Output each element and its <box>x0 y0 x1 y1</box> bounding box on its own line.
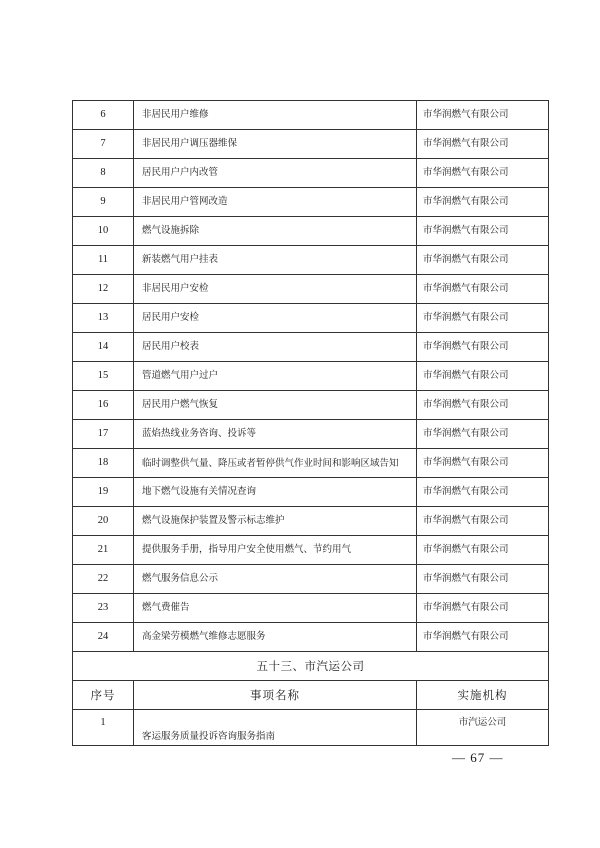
item-name: 居民用户安检 <box>134 304 417 333</box>
row-number: 8 <box>73 159 134 188</box>
header-item-name: 事项名称 <box>134 681 417 710</box>
row-number: 11 <box>73 246 134 275</box>
row-number: 15 <box>73 362 134 391</box>
table-row: 23燃气费催告市华润燃气有限公司 <box>73 594 549 623</box>
item-name: 非居民用户调压器维保 <box>134 130 417 159</box>
org-name: 市华润燃气有限公司 <box>417 623 549 652</box>
table-row: 6非居民用户维修市华润燃气有限公司 <box>73 101 549 130</box>
row-number: 22 <box>73 565 134 594</box>
org-name: 市华润燃气有限公司 <box>417 420 549 449</box>
page-number: — 67 — <box>452 750 504 766</box>
table-row: 11新装燃气用户挂表市华润燃气有限公司 <box>73 246 549 275</box>
org-name: 市华润燃气有限公司 <box>417 478 549 507</box>
item-name: 新装燃气用户挂表 <box>134 246 417 275</box>
table-row: 15管道燃气用户过户市华润燃气有限公司 <box>73 362 549 391</box>
table-row: 24高金梁劳模燃气维修志愿服务市华润燃气有限公司 <box>73 623 549 652</box>
row-number: 7 <box>73 130 134 159</box>
item-name: 燃气设施拆除 <box>134 217 417 246</box>
section-title: 五十三、市汽运公司 <box>73 652 549 681</box>
table-row: 19地下燃气设施有关情况查询市华润燃气有限公司 <box>73 478 549 507</box>
table-row: 20燃气设施保护装置及警示标志维护市华润燃气有限公司 <box>73 507 549 536</box>
table-row: 9非居民用户管网改造市华润燃气有限公司 <box>73 188 549 217</box>
item-name: 居民用户户内改管 <box>134 159 417 188</box>
item-name: 非居民用户维修 <box>134 101 417 130</box>
row-number: 10 <box>73 217 134 246</box>
table-row: 16居民用户燃气恢复市华润燃气有限公司 <box>73 391 549 420</box>
row-number: 6 <box>73 101 134 130</box>
column-header-row: 序号 事项名称 实施机构 <box>73 681 549 710</box>
org-name: 市华润燃气有限公司 <box>417 565 549 594</box>
row-number: 16 <box>73 391 134 420</box>
item-name: 燃气设施保护装置及警示标志维护 <box>134 507 417 536</box>
table-row: 12非居民用户安检市华润燃气有限公司 <box>73 275 549 304</box>
org-name: 市华润燃气有限公司 <box>417 246 549 275</box>
item-name: 临时调整供气量、降压或者暂停供气作业时间和影响区域告知 <box>134 449 417 478</box>
item-name: 客运服务质量投诉咨询服务指南 <box>134 710 417 746</box>
org-name: 市华润燃气有限公司 <box>417 275 549 304</box>
section-title-row: 五十三、市汽运公司 <box>73 652 549 681</box>
table-row: 14居民用户校表市华润燃气有限公司 <box>73 333 549 362</box>
org-name: 市华润燃气有限公司 <box>417 130 549 159</box>
table-row: 13居民用户安检市华润燃气有限公司 <box>73 304 549 333</box>
item-name: 非居民用户管网改造 <box>134 188 417 217</box>
item-name: 管道燃气用户过户 <box>134 362 417 391</box>
table-row: 7非居民用户调压器维保市华润燃气有限公司 <box>73 130 549 159</box>
org-name: 市华润燃气有限公司 <box>417 188 549 217</box>
services-table: 6非居民用户维修市华润燃气有限公司 7非居民用户调压器维保市华润燃气有限公司 8… <box>72 100 549 746</box>
row-number: 1 <box>73 710 134 746</box>
table-row: 21提供服务手册，指导用户安全使用燃气、节约用气市华润燃气有限公司 <box>73 536 549 565</box>
item-name: 非居民用户安检 <box>134 275 417 304</box>
header-org: 实施机构 <box>417 681 549 710</box>
row-number: 20 <box>73 507 134 536</box>
org-name: 市华润燃气有限公司 <box>417 333 549 362</box>
item-name: 蓝焰热线业务咨询、投诉等 <box>134 420 417 449</box>
org-name: 市华润燃气有限公司 <box>417 101 549 130</box>
row-number: 9 <box>73 188 134 217</box>
row-number: 12 <box>73 275 134 304</box>
row-number: 17 <box>73 420 134 449</box>
header-number: 序号 <box>73 681 134 710</box>
org-name: 市华润燃气有限公司 <box>417 159 549 188</box>
org-name: 市华润燃气有限公司 <box>417 449 549 478</box>
item-name: 居民用户燃气恢复 <box>134 391 417 420</box>
item-name: 提供服务手册，指导用户安全使用燃气、节约用气 <box>134 536 417 565</box>
item-name: 燃气费催告 <box>134 594 417 623</box>
org-name: 市华润燃气有限公司 <box>417 217 549 246</box>
row-number: 14 <box>73 333 134 362</box>
table-row: 17蓝焰热线业务咨询、投诉等市华润燃气有限公司 <box>73 420 549 449</box>
row-number: 13 <box>73 304 134 333</box>
table-row: 10燃气设施拆除市华润燃气有限公司 <box>73 217 549 246</box>
table-row: 22燃气服务信息公示市华润燃气有限公司 <box>73 565 549 594</box>
org-name: 市汽运公司 <box>417 710 549 746</box>
org-name: 市华润燃气有限公司 <box>417 507 549 536</box>
org-name: 市华润燃气有限公司 <box>417 536 549 565</box>
table-row: 8居民用户户内改管市华润燃气有限公司 <box>73 159 549 188</box>
row-number: 24 <box>73 623 134 652</box>
item-name: 高金梁劳模燃气维修志愿服务 <box>134 623 417 652</box>
org-name: 市华润燃气有限公司 <box>417 362 549 391</box>
row-number: 23 <box>73 594 134 623</box>
row-number: 21 <box>73 536 134 565</box>
row-number: 19 <box>73 478 134 507</box>
org-name: 市华润燃气有限公司 <box>417 594 549 623</box>
org-name: 市华润燃气有限公司 <box>417 304 549 333</box>
org-name: 市华润燃气有限公司 <box>417 391 549 420</box>
item-name: 地下燃气设施有关情况查询 <box>134 478 417 507</box>
row-number: 18 <box>73 449 134 478</box>
table-row: 1 客运服务质量投诉咨询服务指南 市汽运公司 <box>73 710 549 746</box>
item-name: 燃气服务信息公示 <box>134 565 417 594</box>
item-name: 居民用户校表 <box>134 333 417 362</box>
table-row: 18临时调整供气量、降压或者暂停供气作业时间和影响区域告知市华润燃气有限公司 <box>73 449 549 478</box>
